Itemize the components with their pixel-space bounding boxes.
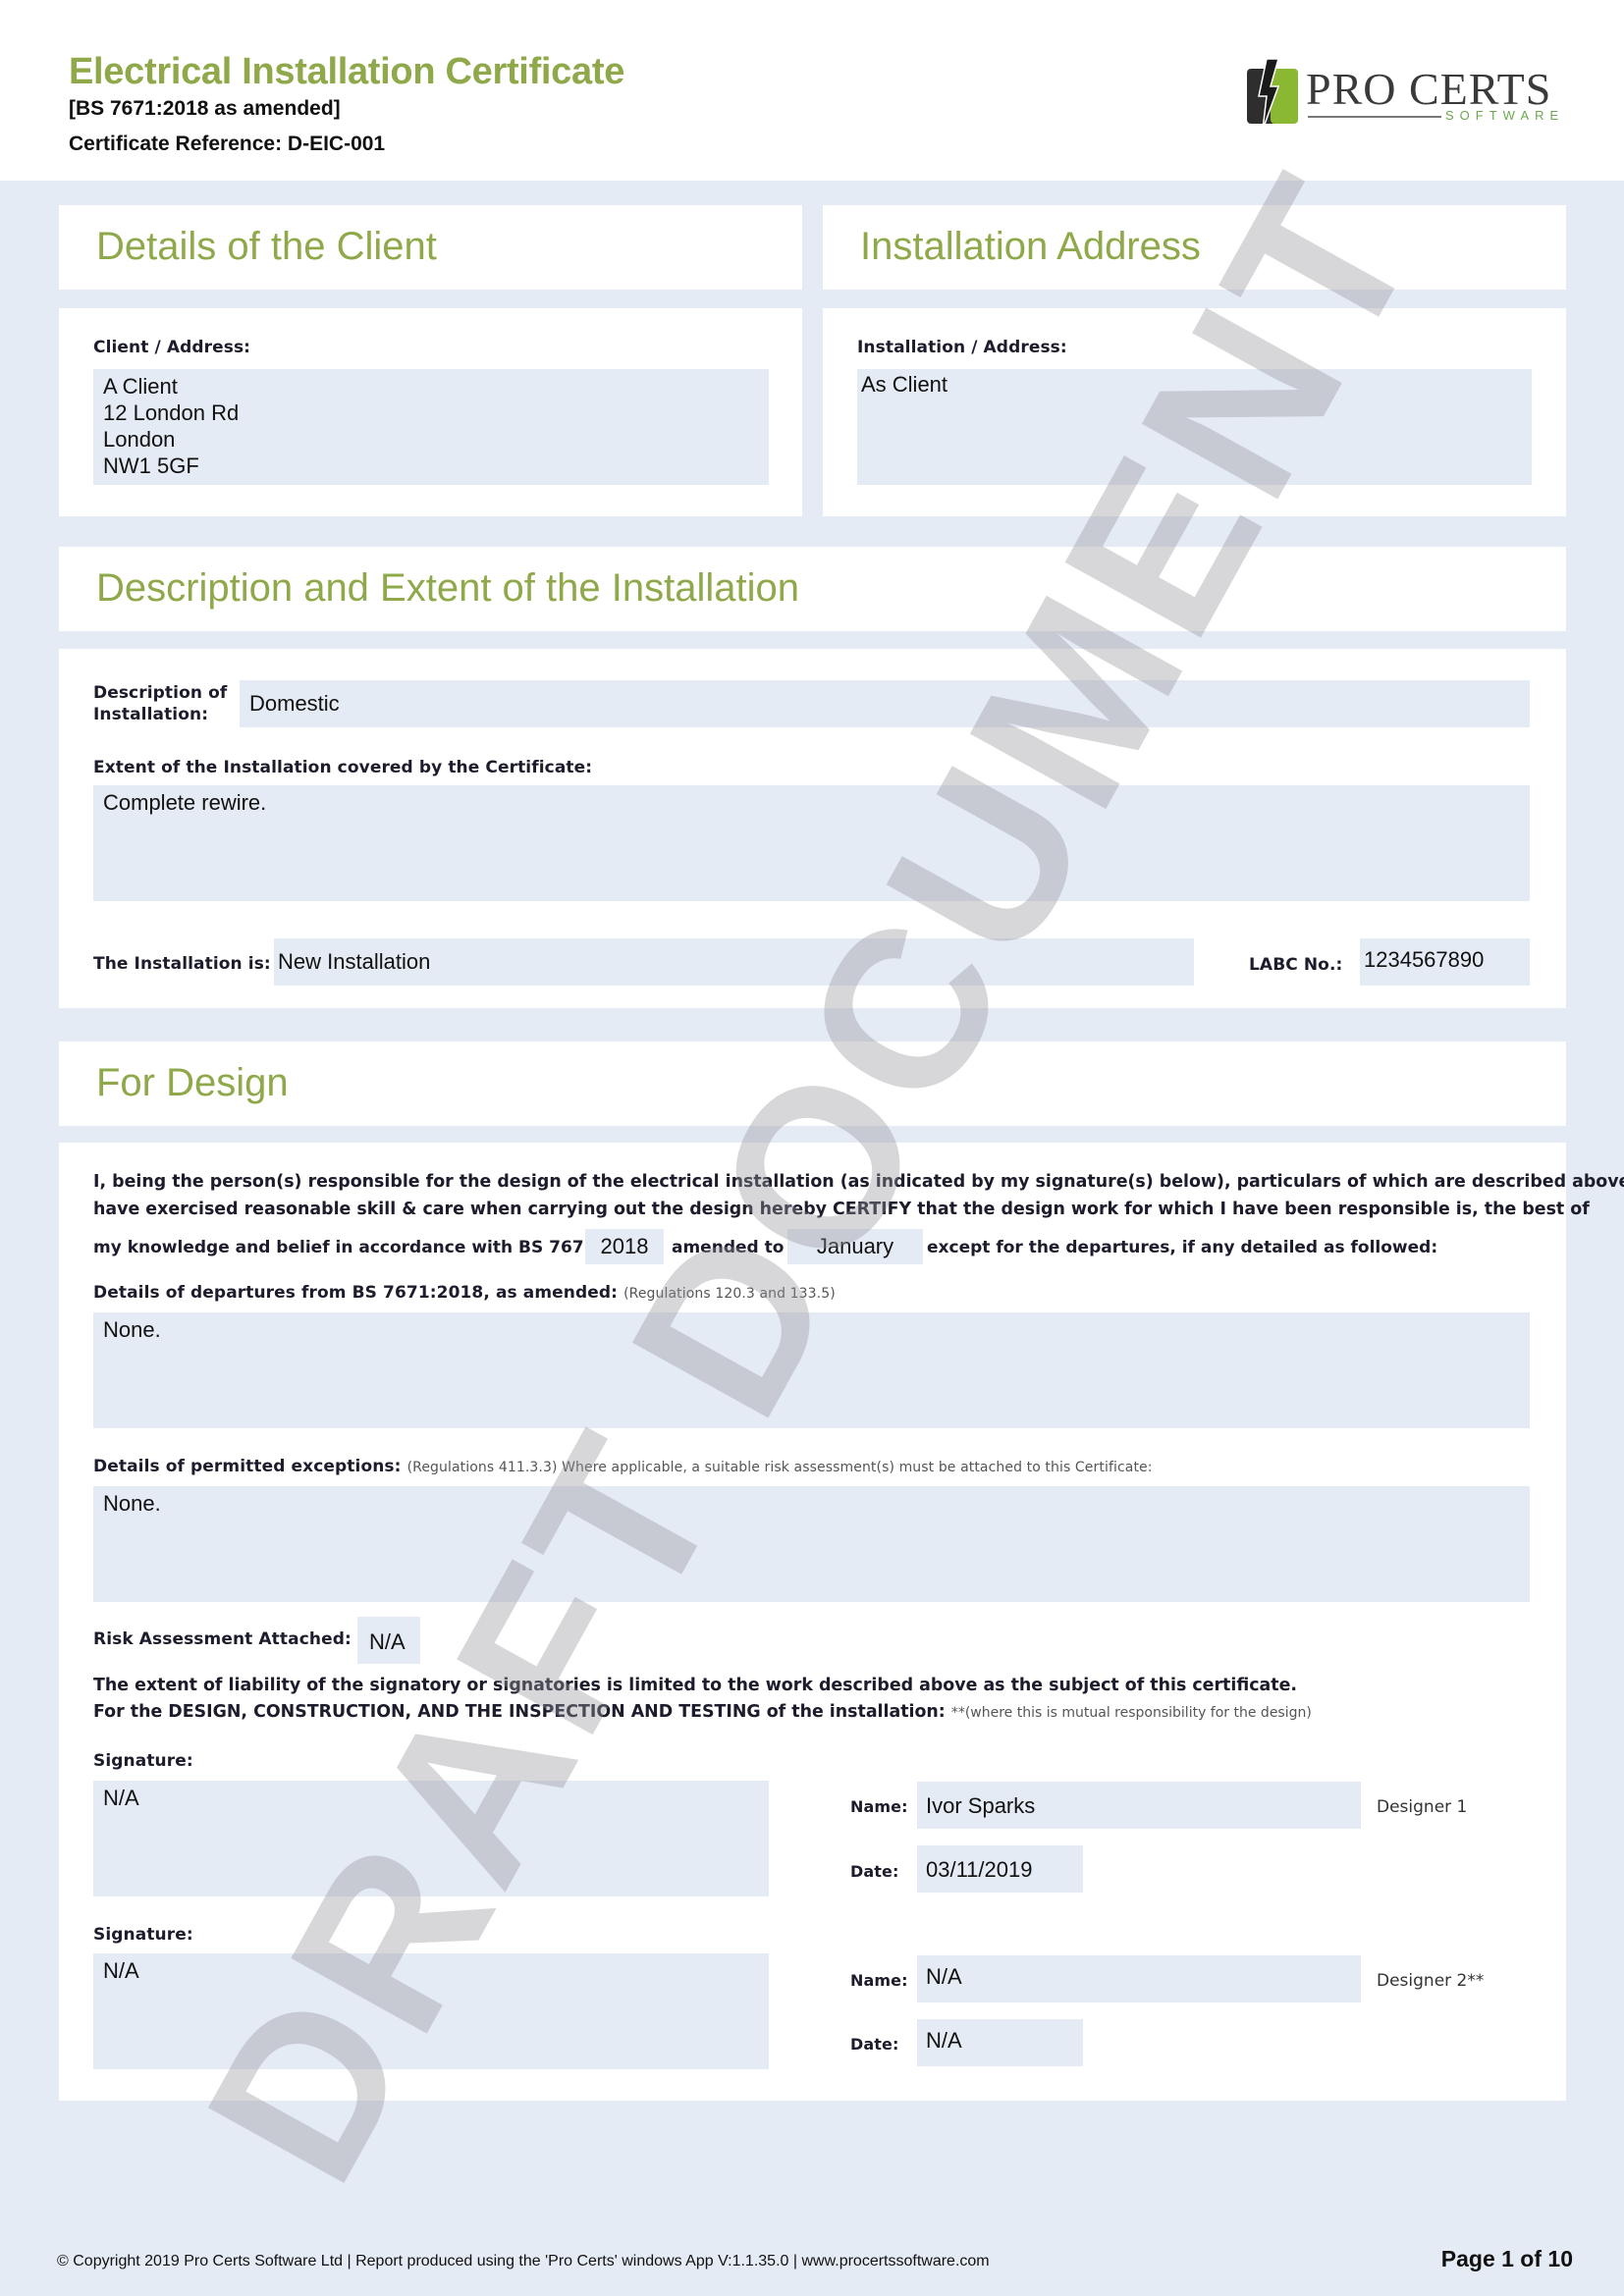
- section-title: Details of the Client: [96, 225, 437, 269]
- design-statement-line3-end: except for the departures, if any detail…: [927, 1238, 1437, 1257]
- exceptions-label: Details of permitted exceptions: (Regula…: [93, 1457, 1153, 1476]
- installation-address-field[interactable]: As Client: [857, 369, 1532, 485]
- section-title: For Design: [96, 1061, 289, 1105]
- design-section: I, being the person(s) responsible for t…: [59, 1143, 1566, 2101]
- risk-assessment-label: Risk Assessment Attached:: [93, 1629, 352, 1649]
- logo-tagline: SOFTWARE: [1445, 108, 1564, 123]
- extent-label: Extent of the Installation covered by th…: [93, 758, 592, 777]
- client-section: Client / Address: A Client 12 London Rd …: [59, 308, 802, 516]
- installation-address-label: Installation / Address:: [857, 338, 1067, 357]
- client-address-field[interactable]: A Client 12 London Rd London NW1 5GF: [93, 369, 769, 485]
- designer1-role: Designer 1: [1377, 1797, 1467, 1817]
- page-header: Electrical Installation Certificate [BS …: [0, 0, 1624, 181]
- designer2-role: Designer 2**: [1377, 1971, 1484, 1991]
- departures-label: Details of departures from BS 7671:2018,…: [93, 1283, 836, 1303]
- description-label-line2: Installation:: [93, 704, 227, 725]
- designer2-name-field[interactable]: N/A: [917, 1955, 1361, 2002]
- description-label: Description of Installation:: [93, 682, 227, 725]
- section-title: Installation Address: [860, 225, 1201, 269]
- client-section-header: Details of the Client: [59, 205, 802, 290]
- labc-number-field[interactable]: 1234567890: [1360, 938, 1530, 986]
- designer1-name-field[interactable]: Ivor Sparks: [917, 1782, 1361, 1829]
- labc-label: LABC No.:: [1249, 955, 1342, 975]
- document-standard: [BS 7671:2018 as amended]: [69, 97, 341, 121]
- design-statement-line1: I, being the person(s) responsible for t…: [93, 1172, 1624, 1192]
- designer2-signature-field[interactable]: N/A: [93, 1953, 769, 2069]
- description-label-line1: Description of: [93, 682, 227, 704]
- design-statement-line3: my knowledge and belief in accordance wi…: [93, 1238, 602, 1257]
- document-title: Electrical Installation Certificate: [69, 51, 624, 93]
- extent-field[interactable]: Complete rewire.: [93, 785, 1530, 901]
- responsibility-note: **(where this is mutual responsibility f…: [951, 1705, 1312, 1721]
- exceptions-label-text: Details of permitted exceptions:: [93, 1457, 402, 1476]
- certificate-reference: Certificate Reference: D-EIC-001: [69, 133, 385, 156]
- description-section: Description of Installation: Domestic Ex…: [59, 649, 1566, 1008]
- client-address-label: Client / Address:: [93, 338, 250, 357]
- amended-to-label: amended to: [672, 1238, 784, 1257]
- bs-year-field[interactable]: 2018: [585, 1229, 664, 1264]
- designer1-signature-label: Signature:: [93, 1751, 193, 1771]
- pro-certs-logo: PRO CERTS SOFTWARE: [1245, 59, 1559, 130]
- installation-is-label: The Installation is:: [93, 954, 271, 974]
- liability-statement: The extent of liability of the signatory…: [93, 1676, 1297, 1695]
- departures-label-text: Details of departures from BS 7671:2018,…: [93, 1283, 618, 1303]
- amended-to-field[interactable]: January: [787, 1229, 923, 1264]
- description-field[interactable]: Domestic: [240, 680, 1530, 727]
- exceptions-field[interactable]: None.: [93, 1486, 1530, 1602]
- section-title: Description and Extent of the Installati…: [96, 566, 799, 611]
- installation-address-section-header: Installation Address: [823, 205, 1566, 290]
- lightning-bolt-icon: [1245, 59, 1300, 130]
- design-statement-line2: have exercised reasonable skill & care w…: [93, 1200, 1590, 1219]
- designer2-name-label: Name:: [850, 1971, 908, 1990]
- designer1-date-label: Date:: [850, 1862, 898, 1881]
- exceptions-note: (Regulations 411.3.3) Where applicable, …: [407, 1460, 1153, 1475]
- designer1-date-field[interactable]: 03/11/2019: [917, 1845, 1083, 1893]
- footer-copyright: © Copyright 2019 Pro Certs Software Ltd …: [57, 2253, 990, 2270]
- installation-address-section: Installation / Address: As Client: [823, 308, 1566, 516]
- departures-note: (Regulations 120.3 and 133.5): [623, 1286, 836, 1302]
- designer2-date-field[interactable]: N/A: [917, 2019, 1083, 2066]
- designer1-name-label: Name:: [850, 1797, 908, 1816]
- responsibility-text: For the DESIGN, CONSTRUCTION, AND THE IN…: [93, 1702, 946, 1722]
- departures-field[interactable]: None.: [93, 1312, 1530, 1428]
- designer2-signature-label: Signature:: [93, 1925, 193, 1945]
- description-section-header: Description and Extent of the Installati…: [59, 547, 1566, 631]
- responsibility-statement: For the DESIGN, CONSTRUCTION, AND THE IN…: [93, 1702, 1312, 1722]
- page-number: Page 1 of 10: [1441, 2246, 1573, 2272]
- logo-divider: [1308, 116, 1441, 118]
- installation-is-field[interactable]: New Installation: [274, 938, 1194, 986]
- designer2-date-label: Date:: [850, 2035, 898, 2054]
- designer1-signature-field[interactable]: N/A: [93, 1781, 769, 1896]
- design-section-header: For Design: [59, 1041, 1566, 1126]
- risk-assessment-field[interactable]: N/A: [357, 1617, 420, 1664]
